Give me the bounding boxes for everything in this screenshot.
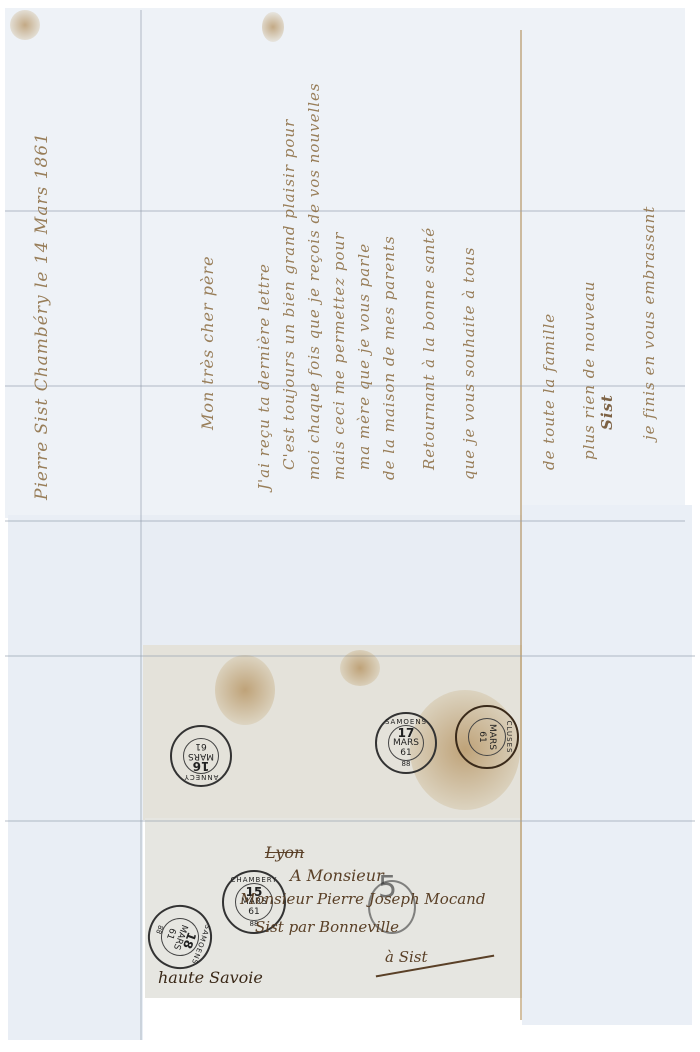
- letter-line: Retournant à la bonne santé: [420, 227, 438, 470]
- letter-line: je finis en vous embrassant: [640, 206, 658, 440]
- letter-salutation: Mon très cher père: [198, 255, 217, 430]
- address-crossed: Lyon: [265, 843, 304, 862]
- letter-line: de toute la famille: [540, 313, 558, 470]
- letter-line: C'est toujours un bien grand plaisir pou…: [280, 119, 298, 470]
- address-line-2: Monsieur Pierre Joseph Mocand: [240, 890, 485, 908]
- letter-sheet-left: [8, 515, 143, 1040]
- letter-line: mais ceci me permettez pour: [330, 232, 348, 480]
- fold-line: [5, 210, 685, 212]
- letter-line: J'ai reçu ta dernière lettre: [255, 263, 273, 490]
- letter-line: de la maison de mes parents: [380, 235, 398, 480]
- address-line-4: à Sist: [385, 948, 428, 966]
- letter-line: que je vous souhaite à tous: [460, 247, 478, 480]
- letter-signature: Sist: [598, 394, 616, 430]
- address-region: haute Savoie: [158, 968, 263, 987]
- stain: [262, 12, 284, 42]
- fold-line: [520, 30, 522, 1020]
- letter-line: moi chaque fois que je reçois de vos nou…: [305, 82, 323, 480]
- postmark-annecy: ANNECY 16 MARS 61: [170, 725, 232, 787]
- letter-sheet-right: [522, 505, 692, 1025]
- postmark-samoens: SAMOENS 17 MARS 61 88: [375, 712, 437, 774]
- letter-line: ma mère que je vous parle: [355, 243, 373, 470]
- stain: [340, 650, 380, 686]
- fold-line: [140, 10, 142, 1040]
- fold-line: [5, 820, 695, 822]
- address-line-1: A Monsieur: [290, 866, 384, 885]
- letter-sheet-middle: [140, 515, 525, 645]
- fold-line: [5, 520, 685, 522]
- address-line-3: Sist par Bonneville: [255, 918, 399, 936]
- letter-line: plus rien de nouveau: [580, 281, 598, 460]
- letter-dateline: Pierre Sist Chambéry le 14 Mars 1861: [32, 132, 52, 500]
- stain: [10, 10, 40, 40]
- stain: [215, 655, 275, 725]
- postmark-cluses: CLUSES MARS 61: [455, 705, 519, 769]
